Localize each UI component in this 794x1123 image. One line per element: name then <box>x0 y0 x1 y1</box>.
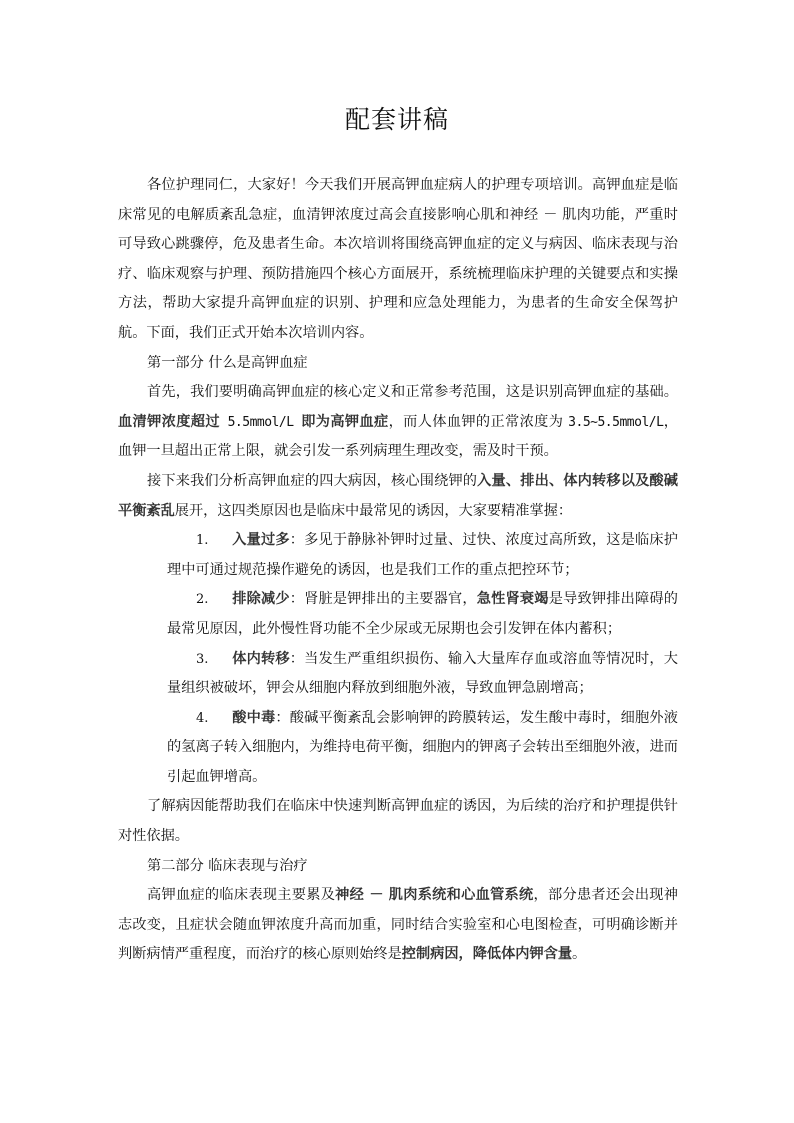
list-item-cause-2: 2.排除减少：肾脏是钾排出的主要器官，急性肾衰竭是导致钾排出障碍的最常见原因，此… <box>118 585 678 644</box>
definition-text-mid: ，而人体血钾的正常浓度为 <box>389 414 569 430</box>
threshold-value: 5.5mmol/L <box>220 415 301 430</box>
section-heading-part2: 第二部分 临床表现与治疗 <box>118 852 678 882</box>
normal-range-value: 3.5~5.5mmol/L <box>568 415 663 430</box>
cause-text-pre: ：肾脏是钾排出的主要器官， <box>290 591 477 607</box>
page-title: 配套讲稿 <box>0 100 794 136</box>
causes-intro-pre: 接下来我们分析高钾血症的四大病因，核心围绕钾的 <box>147 473 477 489</box>
intro-paragraph: 各位护理同仁，大家好！今天我们开展高钾血症病人的护理专项培训。高钾血症是临床常见… <box>118 171 678 349</box>
clinical-text-post: 。 <box>572 946 586 962</box>
definition-paragraph: 首先，我们要明确高钾血症的核心定义和正常参考范围，这是识别高钾血症的基础。血清钾… <box>118 378 678 467</box>
definition-bold-2: 即为高钾血症 <box>301 414 388 430</box>
clinical-text-pre: 高钾血症的临床表现主要累及 <box>147 887 335 903</box>
clinical-bold-2: 控制病因，降低体内钾含量 <box>402 946 572 962</box>
list-number: 1. <box>196 526 232 556</box>
section-heading-part1: 第一部分 什么是高钾血症 <box>118 349 678 379</box>
definition-text-pre: 首先，我们要明确高钾血症的核心定义和正常参考范围，这是识别高钾血症的基础。 <box>147 384 678 400</box>
cause-text-bold: 急性肾衰竭 <box>477 591 549 607</box>
list-item-cause-1: 1.入量过多：多见于静脉补钾时过量、过快、浓度过高所致，这是临床护理中可通过规范… <box>118 526 678 585</box>
list-item-cause-3: 3.体内转移：当发生严重组织损伤、输入大量库存血或溶血等情况时，大量组织被破坏，… <box>118 645 678 704</box>
cause-label: 入量过多 <box>232 532 290 548</box>
clinical-paragraph: 高钾血症的临床表现主要累及神经 － 肌肉系统和心血管系统，部分患者还会出现神志改… <box>118 881 678 970</box>
document-body: 各位护理同仁，大家好！今天我们开展高钾血症病人的护理专项培训。高钾血症是临床常见… <box>118 171 678 970</box>
cause-label: 酸中毒 <box>232 710 275 726</box>
list-number: 3. <box>196 645 232 675</box>
cause-label: 体内转移 <box>232 651 290 667</box>
causes-summary-paragraph: 了解病因能帮助我们在临床中快速判断高钾血症的诱因，为后续的治疗和护理提供针对性依… <box>118 792 678 851</box>
cause-label: 排除减少 <box>232 591 290 607</box>
causes-intro-paragraph: 接下来我们分析高钾血症的四大病因，核心围绕钾的入量、排出、体内转移以及酸碱平衡紊… <box>118 467 678 526</box>
document-page: 配套讲稿 各位护理同仁，大家好！今天我们开展高钾血症病人的护理专项培训。高钾血症… <box>0 0 794 1123</box>
list-number: 4. <box>196 704 232 734</box>
list-number: 2. <box>196 585 232 615</box>
clinical-bold-1: 神经 － 肌肉系统和心血管系统 <box>335 887 533 903</box>
causes-intro-post: 展开，这四类原因也是临床中最常见的诱因，大家要精准掌握： <box>175 503 572 519</box>
list-item-cause-4: 4.酸中毒：酸碱平衡紊乱会影响钾的跨膜转运，发生酸中毒时，细胞外液的氢离子转入细… <box>118 704 678 793</box>
definition-bold-1: 血清钾浓度超过 <box>118 414 220 430</box>
